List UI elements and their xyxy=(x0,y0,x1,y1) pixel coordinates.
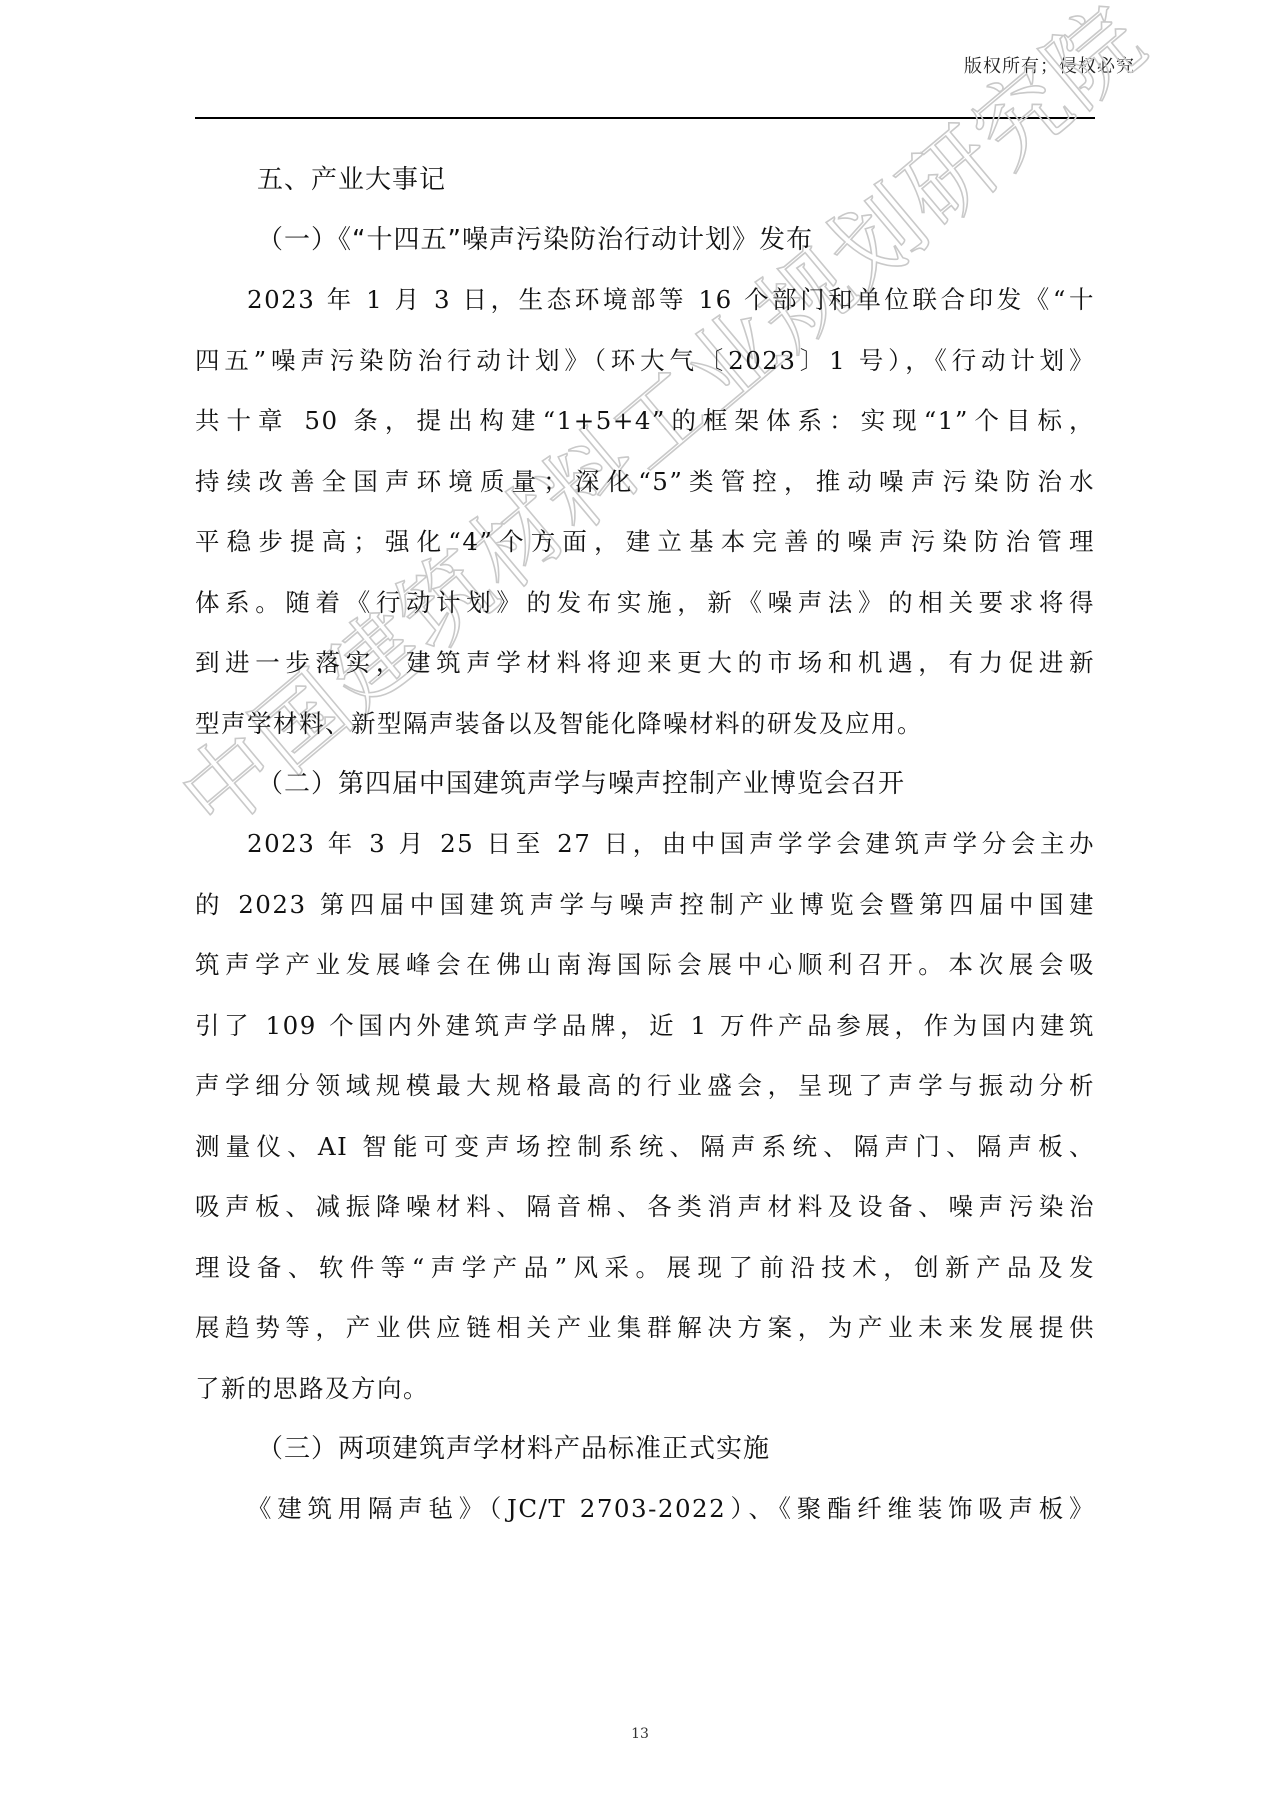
copyright-note: 版权所有；侵权必究 xyxy=(964,52,1135,78)
paragraph-line: 的 2023 第四届中国建筑声学与噪声控制产业博览会暨第四届中国建 xyxy=(195,875,1095,936)
paragraph-line: 测量仪、AI 智能可变声场控制系统、隔声系统、隔声门、隔声板、 xyxy=(195,1117,1095,1178)
paragraph-line: 2023 年 3 月 25 日至 27 日，由中国声学学会建筑声学分会主办 xyxy=(195,814,1095,875)
paragraph-line: 声学细分领域规模最大规格最高的行业盛会，呈现了声学与振动分析 xyxy=(195,1056,1095,1117)
item-heading-2: （二）第四届中国建筑声学与噪声控制产业博览会召开 xyxy=(195,754,1095,814)
paragraph-line: 2023 年 1 月 3 日，生态环境部等 16 个部门和单位联合印发《“十 xyxy=(195,270,1095,331)
paragraph-line: 到进一步落实，建筑声学材料将迎来更大的市场和机遇，有力促进新 xyxy=(195,633,1095,694)
paragraph-line: 引了 109 个国内外建筑声学品牌，近 1 万件产品参展，作为国内建筑 xyxy=(195,996,1095,1057)
paragraph-line: 展趋势等，产业供应链相关产业集群解决方案，为产业未来发展提供 xyxy=(195,1298,1095,1359)
item-heading-1: （一）《“十四五”噪声污染防治行动计划》发布 xyxy=(195,210,1095,270)
paragraph-line: 共十章 50 条，提出构建“1+5+4”的框架体系：实现“1”个目标， xyxy=(195,391,1095,452)
paragraph-line: 持续改善全国声环境质量；深化“5”类管控，推动噪声污染防治水 xyxy=(195,452,1095,513)
item-paragraph-3: 《建筑用隔声毡》（JC/T 2703-2022）、《聚酯纤维装饰吸声板》 xyxy=(195,1479,1095,1540)
paragraph-line: 体系。随着《行动计划》的发布实施，新《噪声法》的相关要求将得 xyxy=(195,573,1095,634)
item-paragraph-2: 2023 年 3 月 25 日至 27 日，由中国声学学会建筑声学分会主办 的 … xyxy=(195,814,1095,1419)
paragraph-line: 平稳步提高；强化“4”个方面，建立基本完善的噪声污染防治管理 xyxy=(195,512,1095,573)
page-body: 五、产业大事记 （一）《“十四五”噪声污染防治行动计划》发布 2023 年 1 … xyxy=(195,150,1095,1540)
paragraph-line: 理设备、软件等“声学产品”风采。展现了前沿技术，创新产品及发 xyxy=(195,1238,1095,1299)
paragraph-line: 型声学材料、新型隔声装备以及智能化降噪材料的研发及应用。 xyxy=(195,694,1095,755)
section-title: 五、产业大事记 xyxy=(195,150,1095,210)
item-paragraph-1: 2023 年 1 月 3 日，生态环境部等 16 个部门和单位联合印发《“十 四… xyxy=(195,270,1095,754)
paragraph-line: 四五”噪声污染防治行动计划》（环大气〔2023〕1 号），《行动计划》 xyxy=(195,331,1095,392)
paragraph-line: 《建筑用隔声毡》（JC/T 2703-2022）、《聚酯纤维装饰吸声板》 xyxy=(195,1479,1095,1540)
paragraph-line: 筑声学产业发展峰会在佛山南海国际会展中心顺利召开。本次展会吸 xyxy=(195,935,1095,996)
item-heading-3: （三）两项建筑声学材料产品标准正式实施 xyxy=(195,1419,1095,1479)
page-number: 13 xyxy=(0,1726,1280,1742)
paragraph-line: 了新的思路及方向。 xyxy=(195,1359,1095,1420)
header-divider xyxy=(195,117,1095,119)
paragraph-line: 吸声板、减振降噪材料、隔音棉、各类消声材料及设备、噪声污染治 xyxy=(195,1177,1095,1238)
